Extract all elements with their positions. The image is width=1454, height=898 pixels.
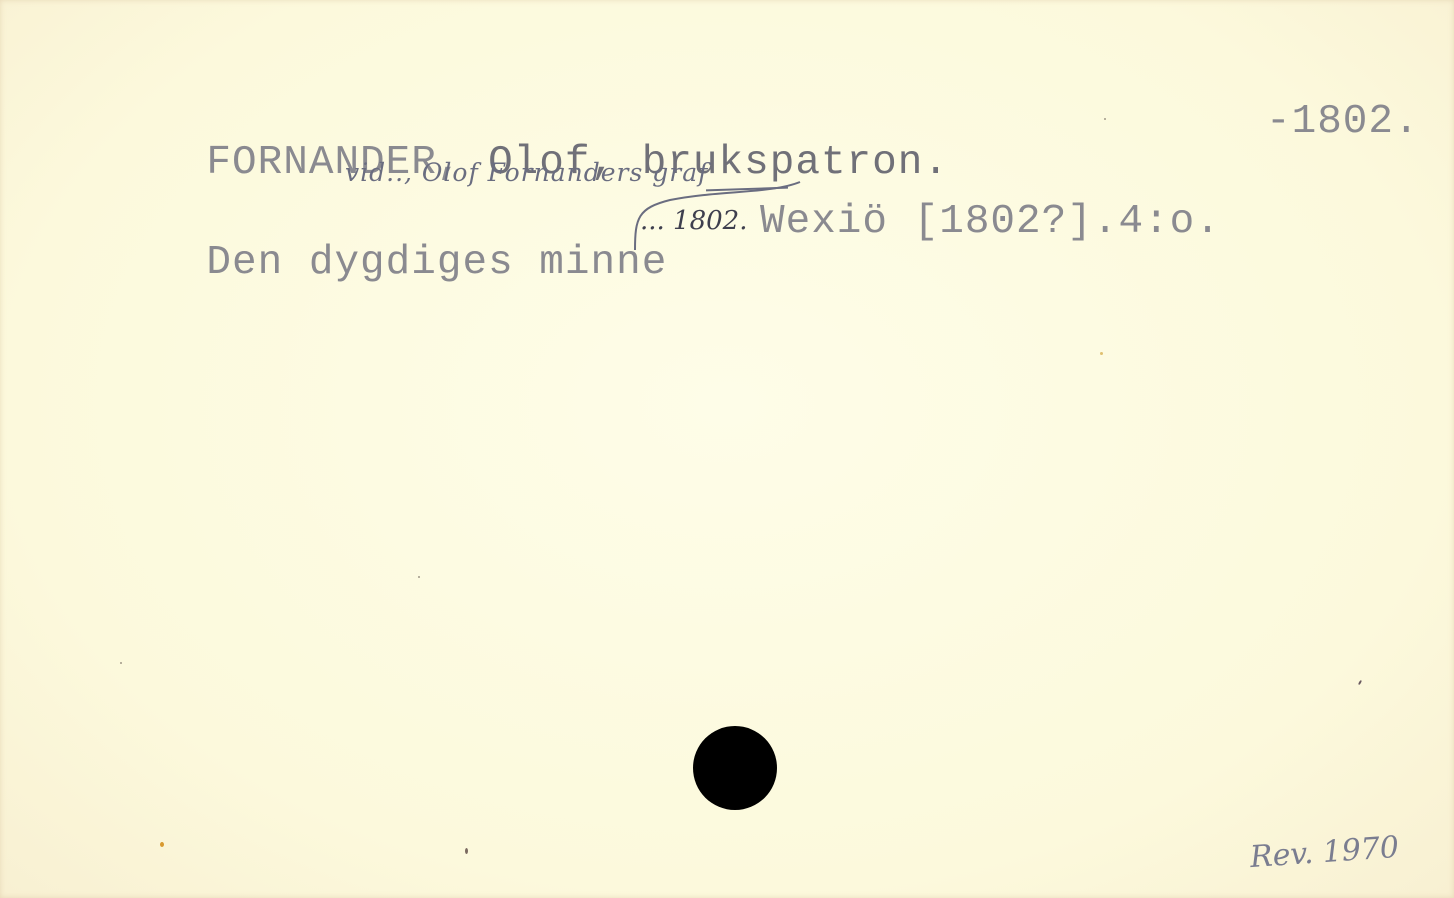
paper-speck <box>1358 680 1362 685</box>
punch-hole <box>693 726 777 810</box>
paper-speck <box>418 576 420 578</box>
paper-speck <box>465 848 468 854</box>
paper-speck <box>1100 352 1103 355</box>
paper-speck <box>120 662 122 664</box>
death-year: -1802. <box>1266 102 1420 143</box>
imprint: Wexiö [1802?].4:o. <box>760 202 1221 243</box>
title-line: Den dygdiges minne <box>104 202 667 325</box>
revision-note: Rev. 1970 <box>1249 833 1400 873</box>
handwritten-inserted-text: ... 1802. <box>640 208 748 234</box>
paper-speck <box>160 842 164 847</box>
paper-speck <box>1104 118 1106 120</box>
title-text: Den dygdiges minne <box>206 240 667 286</box>
catalog-card: FORNANDER, Olof, brukspatron. -1802. vid… <box>0 0 1454 898</box>
